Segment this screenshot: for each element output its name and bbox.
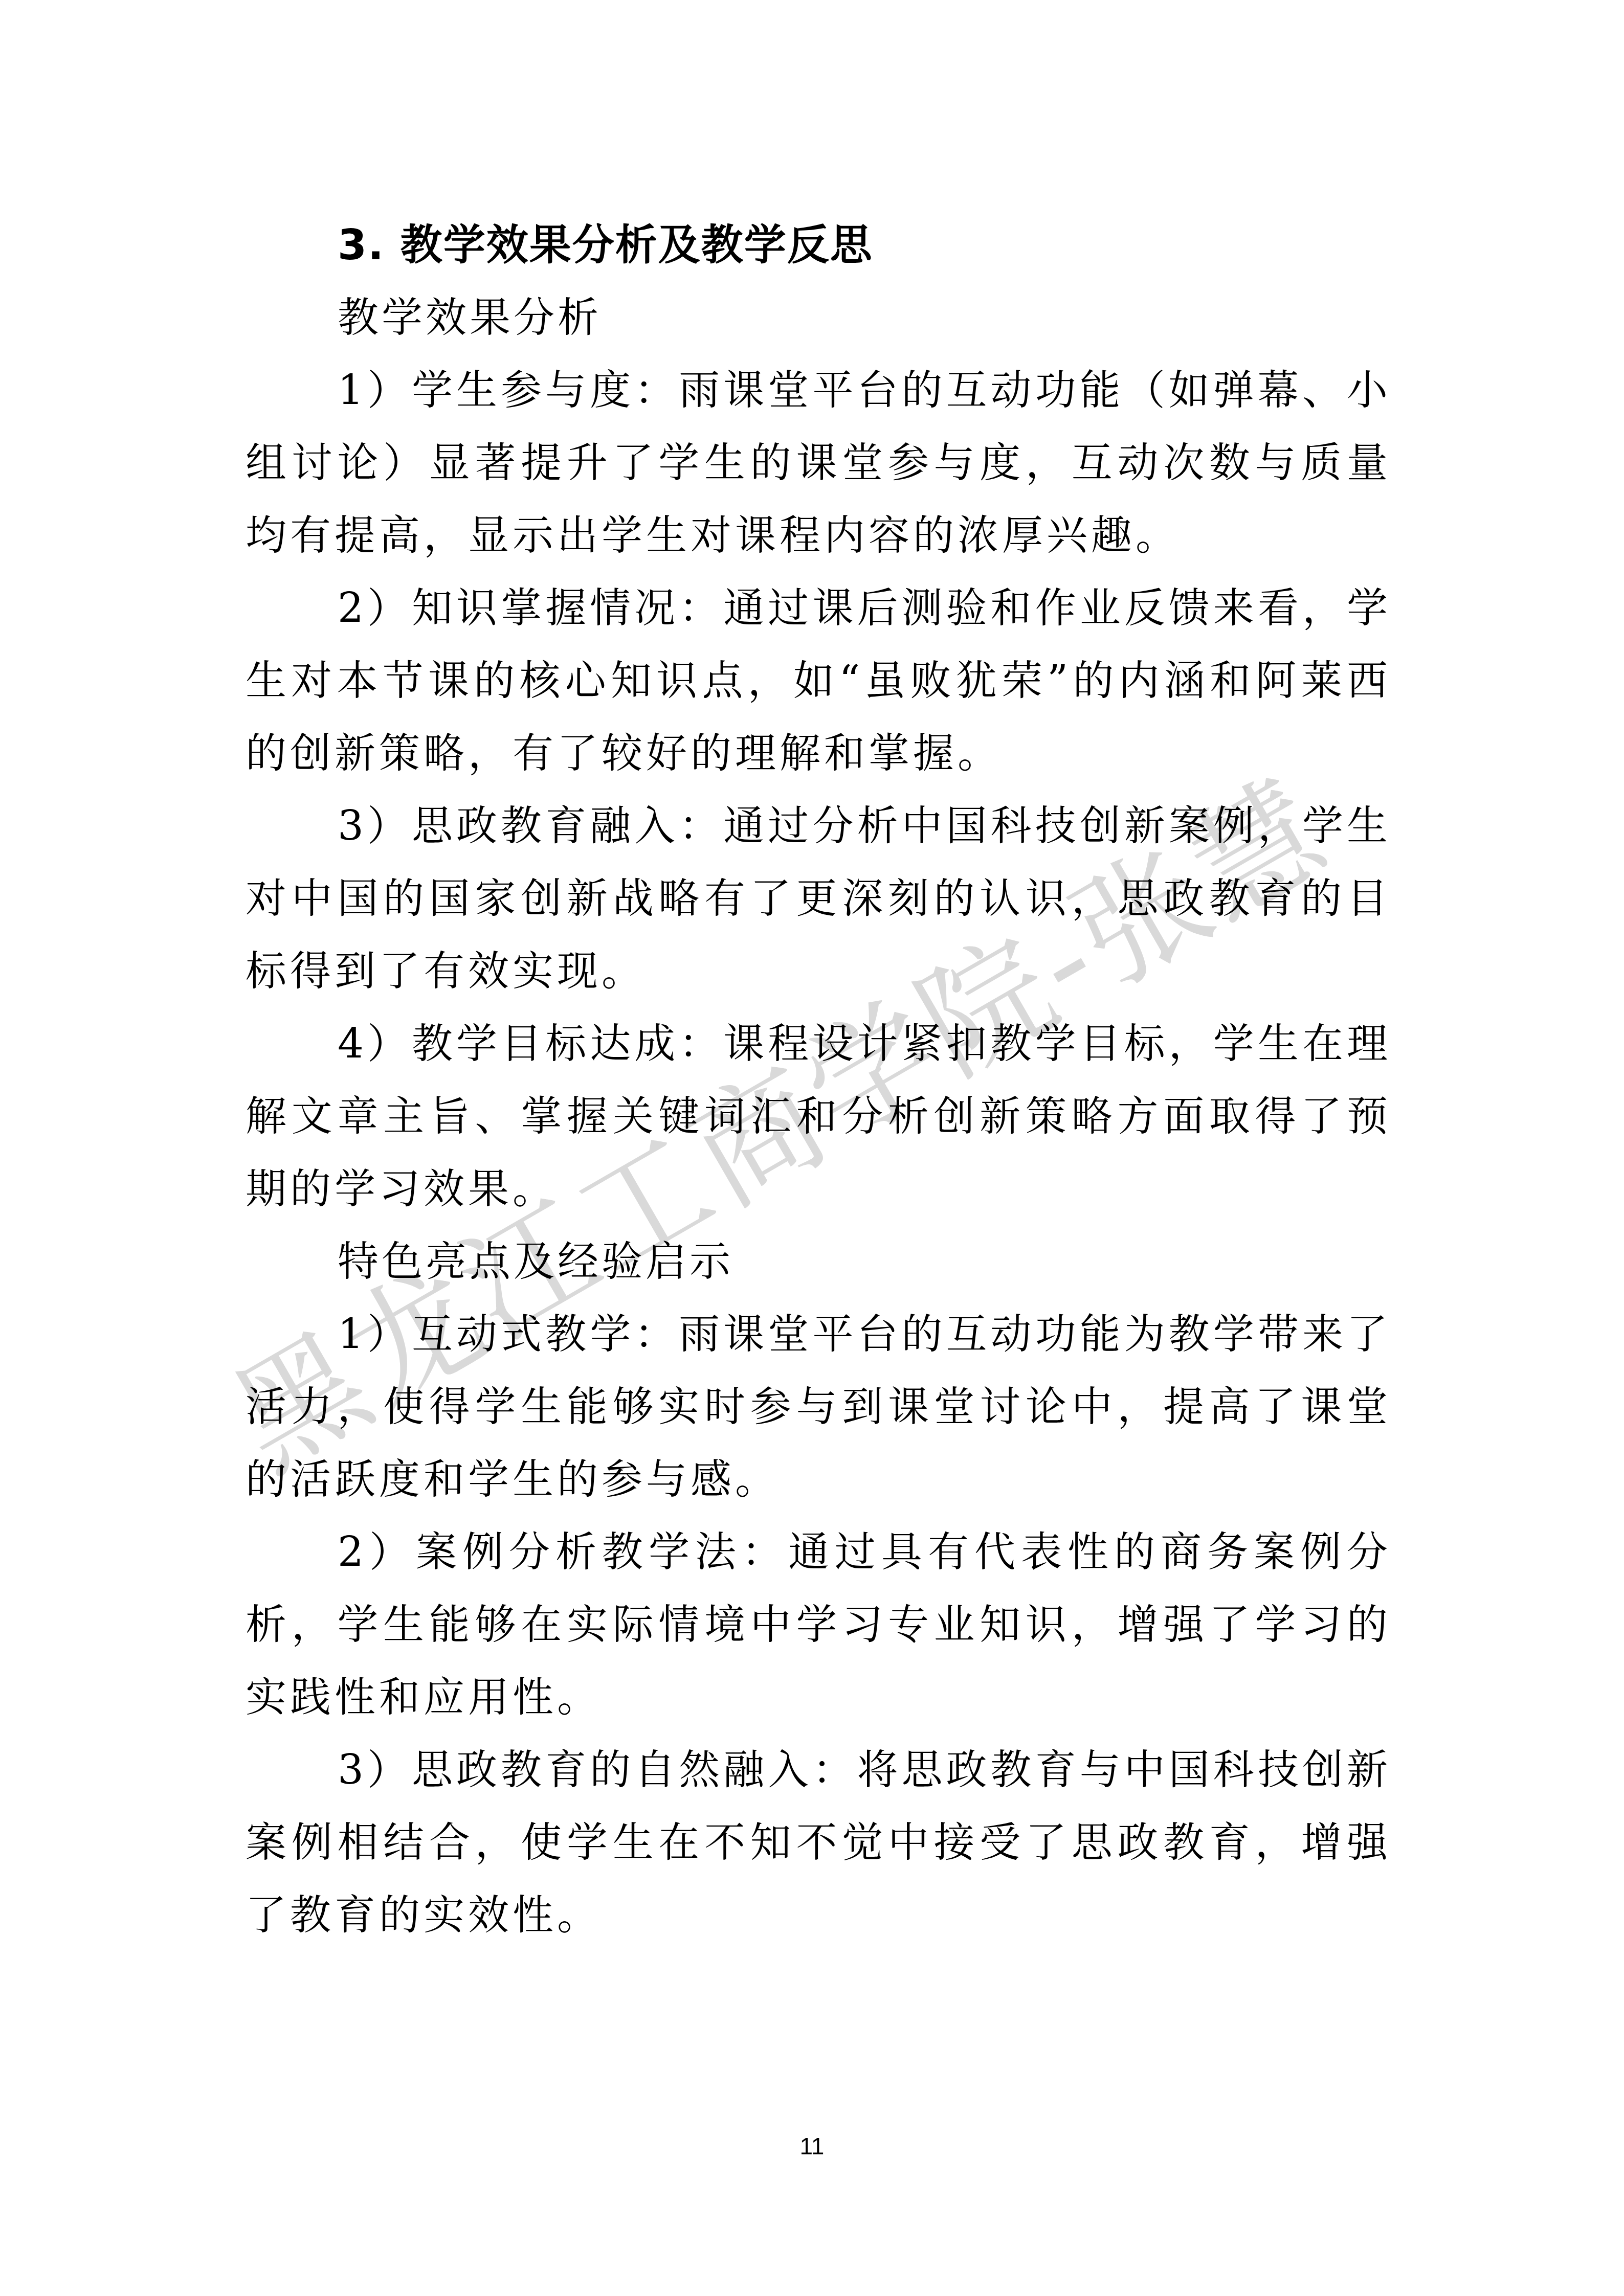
paragraph-case-analysis: 2）案例分析教学法：通过具有代表性的商务案例分析，学生能够在实际情境中学习专业知…: [246, 1516, 1391, 1734]
paragraph-ideological-integration: 3）思政教育融入：通过分析中国科技创新案例，学生对中国的国家创新战略有了更深刻的…: [246, 790, 1391, 1007]
paragraph-student-participation: 1）学生参与度：雨课堂平台的互动功能（如弹幕、小组讨论）显著提升了学生的课堂参与…: [246, 354, 1391, 572]
page-number: 11: [0, 2132, 1624, 2160]
subsection-title-highlights: 特色亮点及经验启示: [338, 1225, 1391, 1298]
subsection-title-effect-analysis: 教学效果分析: [338, 281, 1391, 354]
paragraph-goal-achievement: 4）教学目标达成：课程设计紧扣教学目标，学生在理解文章主旨、掌握关键词汇和分析创…: [246, 1007, 1391, 1225]
page-content: 3. 教学效果分析及教学反思 教学效果分析 1）学生参与度：雨课堂平台的互动功能…: [246, 215, 1391, 1951]
paragraph-knowledge-mastery: 2）知识掌握情况：通过课后测验和作业反馈来看，学生对本节课的核心知识点，如“虽败…: [246, 572, 1391, 790]
document-page: 黑龙江工商学院-张慧 3. 教学效果分析及教学反思 教学效果分析 1）学生参与度…: [0, 0, 1624, 2296]
section-heading: 3. 教学效果分析及教学反思: [338, 215, 1391, 276]
paragraph-natural-integration: 3）思政教育的自然融入：将思政教育与中国科技创新案例相结合，使学生在不知不觉中接…: [246, 1734, 1391, 1951]
paragraph-interactive-teaching: 1）互动式教学：雨课堂平台的互动功能为教学带来了活力，使得学生能够实时参与到课堂…: [246, 1298, 1391, 1516]
